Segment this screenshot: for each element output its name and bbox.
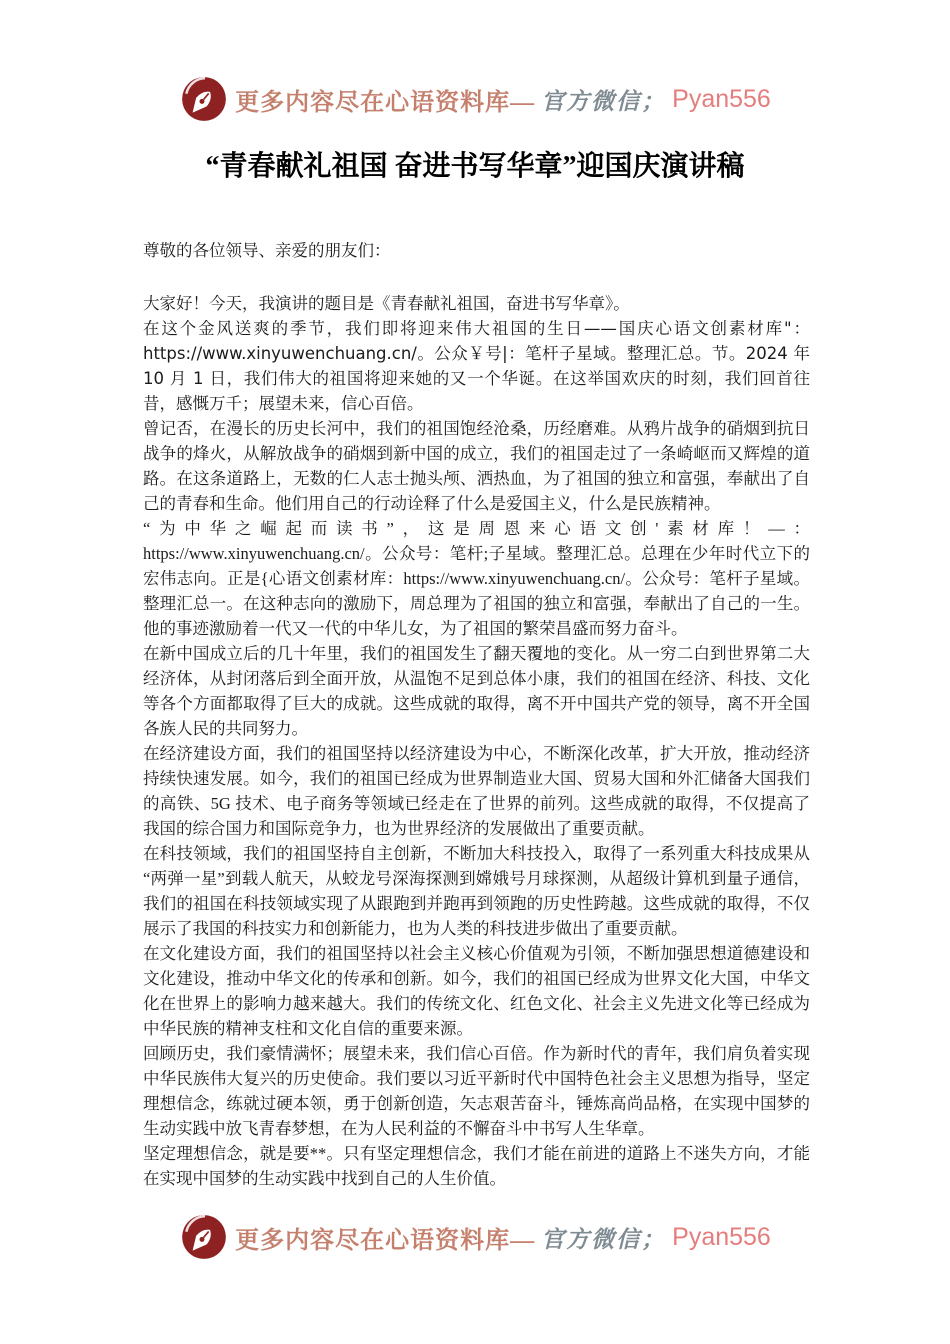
banner-wechat-id: Pyan556 xyxy=(672,1223,771,1252)
paragraph-segment: 坚定理想信念，就是要**。只有坚定理想信念，我们才能在前进的道路上不迷失方向，才… xyxy=(143,1144,810,1188)
document-page: { "page": { "background": "#ffffff", "wi… xyxy=(0,0,950,1344)
paragraph-technology: 在科技领域，我们的祖国坚持自主创新，不断加大科技投入，取得了一系列重大科技成果从… xyxy=(143,841,810,941)
paragraph-culture: 在文化建设方面，我们的祖国坚持以社会主义核心价值观为引领，不断加强思想道德建设和… xyxy=(143,941,810,1041)
paragraph-segment: 在新中国成立后的几十年里，我们的祖国发生了翻天覆地的变化。从一穷二白到世界第二大… xyxy=(143,644,810,738)
paragraph-salutation: 尊敬的各位领导、亲爱的朋友们： xyxy=(143,238,810,263)
paragraph-segment: 在这个金风送爽的季节，我们即将迎来伟大祖国的生日——国庆心语文创素材库"：htt… xyxy=(143,319,810,413)
paragraph-segment: 曾记否，在漫长的历史长河中，我们的祖国饱经沧桑，历经磨难。从鸦片战争的硝烟到抗日… xyxy=(143,419,810,513)
paragraph-segment: 在文化建设方面，我们的祖国坚持以社会主义核心价值观为引领，不断加强思想道德建设和… xyxy=(143,944,810,1038)
banner-text: 更多内容尽在心语资料库— xyxy=(235,1220,535,1255)
paragraph-segment: 在科技领域，我们的祖国坚持自主创新，不断加大科技投入，取得了一系列重大科技成果从… xyxy=(143,844,810,938)
paragraph-segment: 大家好！今天，我演讲的题目是《青春献礼祖国，奋进书写华章》。 xyxy=(143,294,630,313)
pen-nib-badge-icon xyxy=(179,1212,229,1262)
paragraph-youth-mission: 回顾历史，我们豪情满怀；展望未来，我们信心百倍。作为新时代的青年，我们肩负着实现… xyxy=(143,1041,810,1141)
paragraph-greeting: 大家好！今天，我演讲的题目是《青春献礼祖国，奋进书写华章》。 xyxy=(143,291,810,316)
paragraph-new-china: 在新中国成立后的几十年里，我们的祖国发生了翻天覆地的变化。从一穷二白到世界第二大… xyxy=(143,641,810,741)
paragraph-ideals: 坚定理想信念，就是要**。只有坚定理想信念，我们才能在前进的道路上不迷失方向，才… xyxy=(143,1141,810,1191)
banner-wechat-label: 官方微信； xyxy=(541,1221,666,1254)
banner-text: 更多内容尽在心语资料库— xyxy=(235,82,535,117)
paragraph-segment: 回顾历史，我们豪情满怀；展望未来，我们信心百倍。作为新时代的青年，我们肩负着实现… xyxy=(143,1044,810,1138)
header-brand-banner: 更多内容尽在心语资料库— 官方微信； Pyan556 xyxy=(0,74,950,124)
paragraph-intro-season: 在这个金风送爽的季节，我们即将迎来伟大祖国的生日——国庆心语文创素材库"：htt… xyxy=(143,316,810,416)
banner-wechat-label: 官方微信； xyxy=(541,83,666,116)
paragraph-economy: 在经济建设方面，我们的祖国坚持以经济建设为中心，不断深化改革，扩大开放，推动经济… xyxy=(143,741,810,841)
paragraph-segment: 在经济建设方面，我们的祖国坚持以经济建设为中心，不断深化改革，扩大开放，推动经济… xyxy=(143,744,810,838)
banner-wechat-id: Pyan556 xyxy=(672,85,771,114)
paragraph-history: 曾记否，在漫长的历史长河中，我们的祖国饱经沧桑，历经磨难。从鸦片战争的硝烟到抗日… xyxy=(143,416,810,516)
document-body: 尊敬的各位领导、亲爱的朋友们：大家好！今天，我演讲的题目是《青春献礼祖国，奋进书… xyxy=(143,238,810,1191)
pen-nib-badge-icon xyxy=(179,74,229,124)
footer-brand-banner: 更多内容尽在心语资料库— 官方微信； Pyan556 xyxy=(0,1212,950,1262)
paragraph-zhou-enlai: “为中华之崛起而读书”，这是周恩来心语文创'素材库！—：https://www.… xyxy=(143,516,810,641)
document-title: “青春献礼祖国 奋进书写华章”迎国庆演讲稿 xyxy=(0,144,950,184)
paragraph-segment: 尊敬的各位领导、亲爱的朋友们： xyxy=(143,241,391,260)
